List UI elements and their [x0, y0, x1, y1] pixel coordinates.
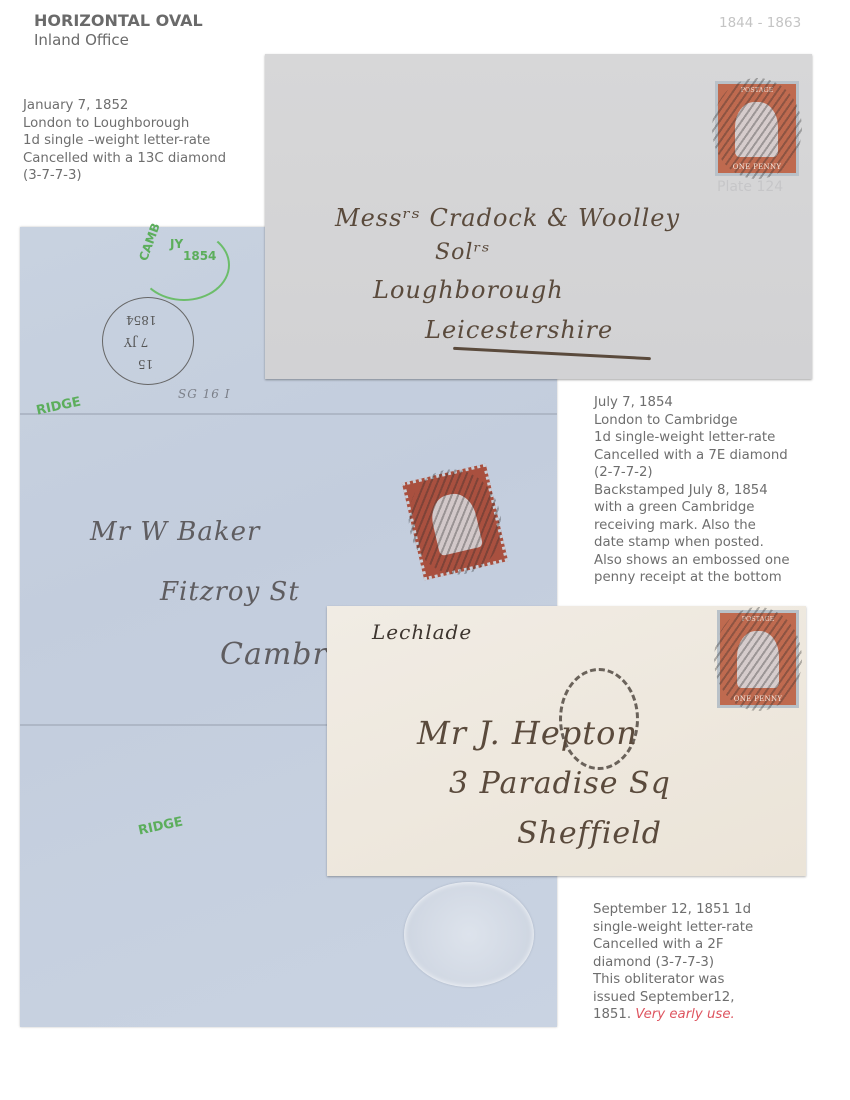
caption-1854: July 7, 1854 London to Cambridge 1d sing…: [594, 394, 790, 587]
date-stamp-year: 1854: [126, 313, 157, 327]
caption-1851: September 12, 1851 1d single-weight lett…: [593, 901, 753, 1024]
address-line: Solʳˢ: [435, 240, 490, 265]
date-stamp-date: 7 JY: [124, 335, 148, 349]
cover-sheffield: Lechlade POSTAGE ONE PENNY Mr J. Hepton …: [327, 606, 806, 876]
address-line: Sheffield: [517, 816, 662, 851]
green-mark-fragment-lower: RIDGE: [137, 814, 184, 838]
date-stamp-number: 15: [138, 357, 153, 371]
stamp-value-label: ONE PENNY: [720, 695, 796, 703]
page-subtitle: Inland Office: [34, 31, 129, 49]
stamp-value-label: ONE PENNY: [718, 163, 796, 171]
caption-highlight: Very early use.: [635, 1007, 734, 1022]
cover-loughborough: POSTAGE ONE PENNY Plate 124 Messʳˢ Crado…: [265, 54, 812, 379]
address-line: Mr W Baker: [90, 517, 260, 547]
pencil-note: Plate 124: [717, 179, 783, 195]
docket-text: Lechlade: [372, 620, 472, 644]
caption-1852: January 7, 1852 London to Loughborough 1…: [23, 97, 226, 185]
address-line: Loughborough: [373, 276, 564, 304]
green-mark-month: JY: [170, 237, 183, 251]
underline: [453, 347, 651, 360]
address-line: Mr J. Hepton: [417, 714, 638, 752]
stamp-penny-red-imperf: POSTAGE ONE PENNY: [717, 610, 799, 708]
green-mark-year: 1854: [183, 249, 216, 263]
stamp-penny-red-imperf: POSTAGE ONE PENNY: [715, 81, 799, 176]
diamond-cancel: [398, 460, 511, 584]
caption-1851-main: September 12, 1851 1d single-weight lett…: [593, 902, 753, 1022]
fold-line: [20, 413, 557, 415]
page-title: HORIZONTAL OVAL: [34, 11, 203, 30]
embossed-receipt: [404, 882, 534, 987]
address-line: Fitzroy St: [160, 577, 300, 607]
address-line: Messʳˢ Cradock & Woolley: [335, 204, 680, 232]
address-line: Leicestershire: [425, 316, 613, 344]
address-line: 3 Paradise Sq: [449, 766, 671, 801]
date-range: 1844 - 1863: [719, 15, 801, 31]
stamp-penny-red-perforated: [402, 464, 508, 581]
pencil-note: SG 16 I: [178, 387, 230, 401]
